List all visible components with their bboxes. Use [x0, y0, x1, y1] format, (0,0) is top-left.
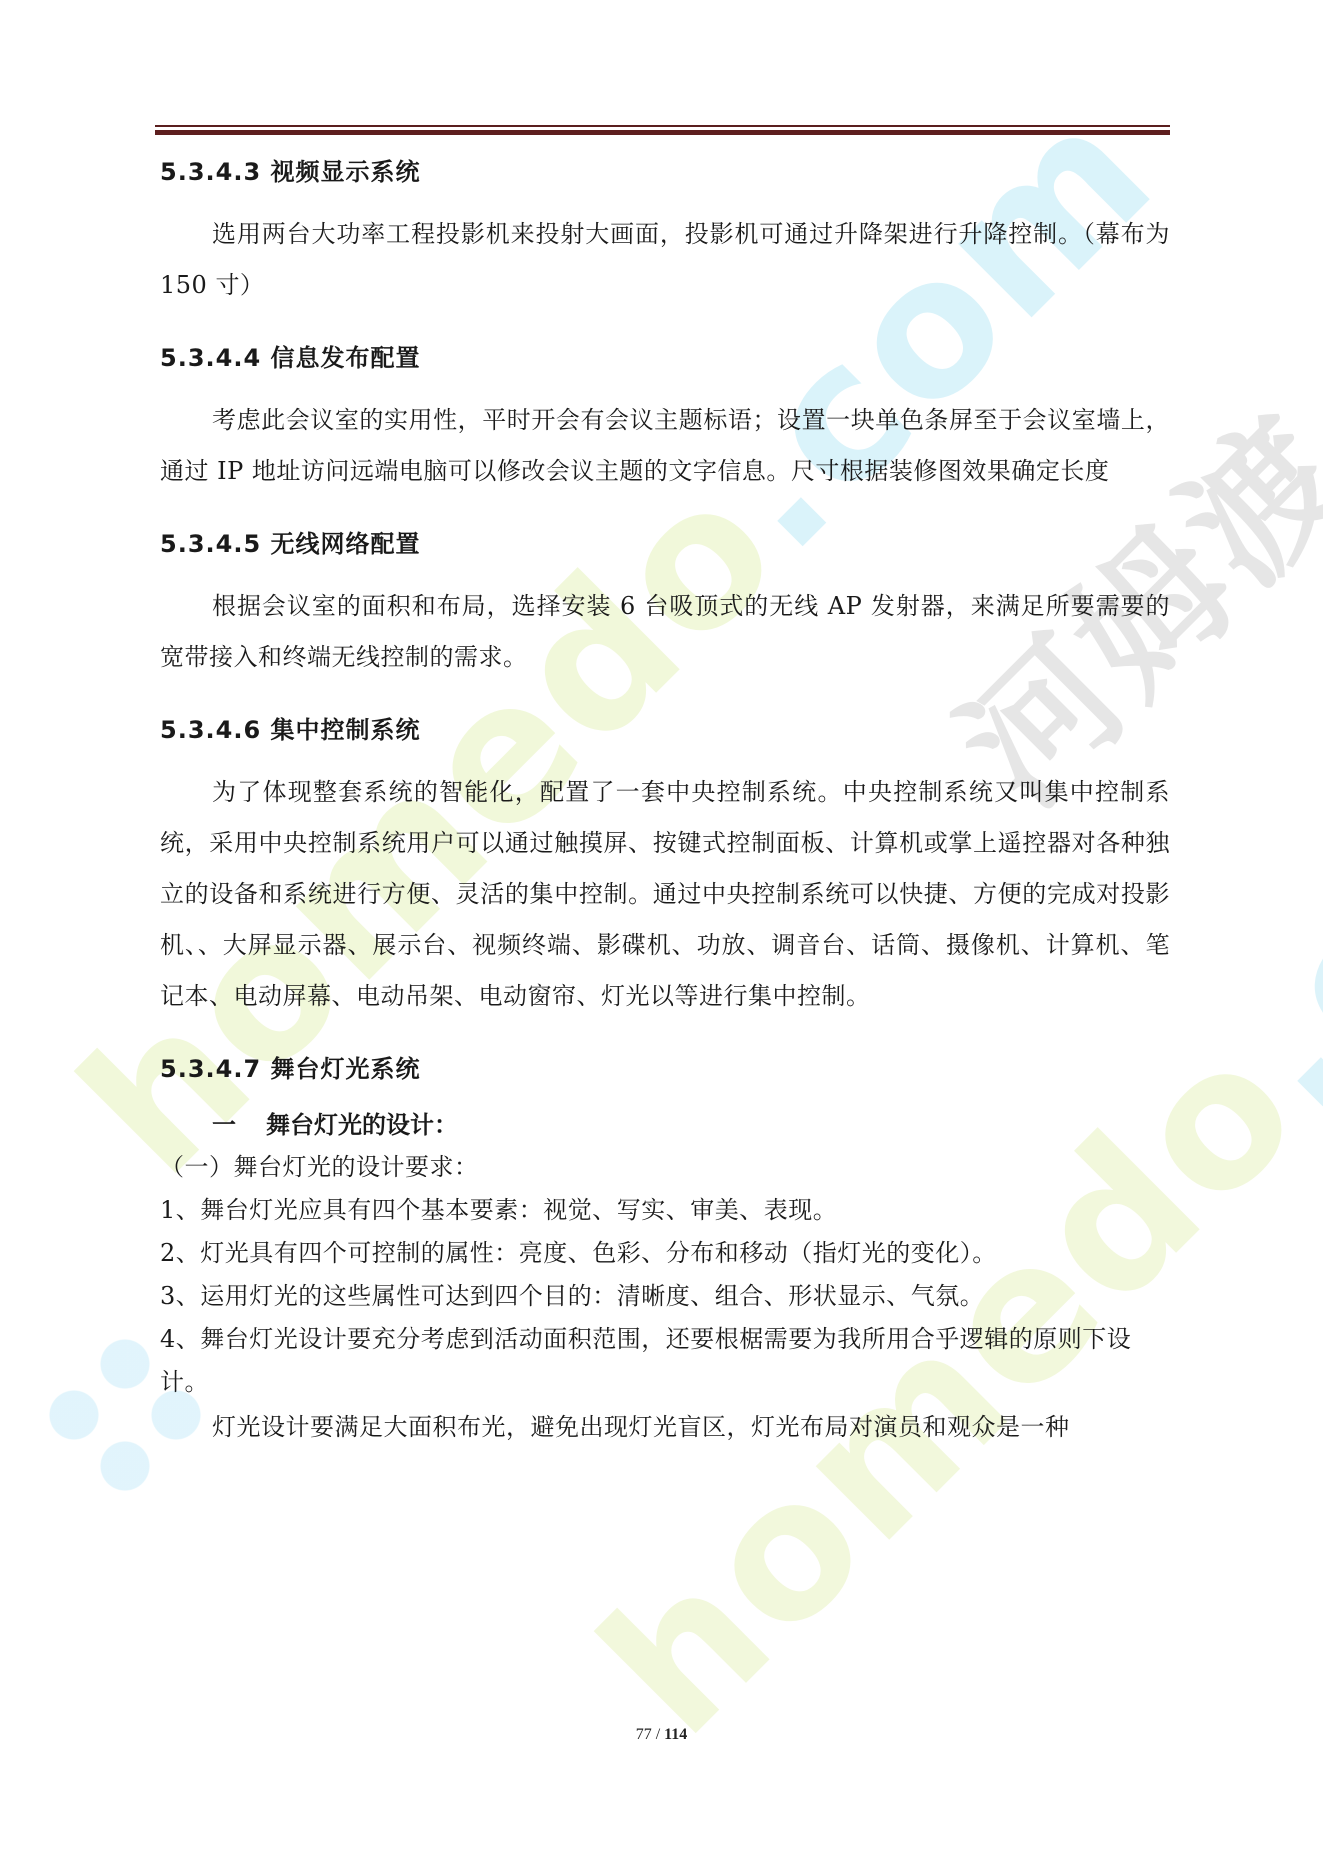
current-page: 77 [636, 1726, 652, 1743]
section-central-control: 5.3.4.6 集中控制系统 为了体现整套系统的智能化，配置了一套中央控制系统。… [160, 713, 1170, 1022]
section-heading: 5.3.4.6 集中控制系统 [160, 713, 1170, 747]
subsection-title: 舞台灯光的设计： [266, 1111, 458, 1139]
section-video-display: 5.3.4.3 视频显示系统 选用两台大功率工程投影机来投射大画面，投影机可通过… [160, 155, 1170, 311]
section-heading: 5.3.4.5 无线网络配置 [160, 527, 1170, 561]
requirement-item: 2、灯光具有四个可控制的属性：亮度、色彩、分布和移动（指灯光的变化）。 [160, 1232, 1170, 1275]
paragraph: 根据会议室的面积和布局，选择安装 6 台吸顶式的无线 AP 发射器，来满足所要需… [160, 581, 1170, 683]
section-heading: 5.3.4.3 视频显示系统 [160, 155, 1170, 189]
header-rule-thin [155, 125, 1170, 127]
section-wireless-network: 5.3.4.5 无线网络配置 根据会议室的面积和布局，选择安装 6 台吸顶式的无… [160, 527, 1170, 683]
section-info-release: 5.3.4.4 信息发布配置 考虑此会议室的实用性，平时开会有会议主题标语；设置… [160, 341, 1170, 497]
requirements-title: （一）舞台灯光的设计要求： [160, 1146, 1170, 1189]
paragraph: 为了体现整套系统的智能化，配置了一套中央控制系统。中央控制系统又叫集中控制系统，… [160, 767, 1170, 1022]
section-heading: 5.3.4.7 舞台灯光系统 [160, 1052, 1170, 1086]
page-separator: / [652, 1726, 664, 1743]
paragraph: 选用两台大功率工程投影机来投射大画面，投影机可通过升降架进行升降控制。（幕布为 … [160, 209, 1170, 311]
subsection-number: 一 [212, 1108, 266, 1142]
total-pages: 114 [664, 1726, 687, 1743]
requirement-item: 4、舞台灯光设计要充分考虑到活动面积范围，还要根椐需要为我所用合乎逻辑的原则下设… [160, 1318, 1170, 1404]
document-page: 5.3.4.3 视频显示系统 选用两台大功率工程投影机来投射大画面，投影机可通过… [0, 0, 1323, 1871]
page-number: 77 / 114 [0, 1726, 1323, 1744]
document-content: 5.3.4.3 视频显示系统 选用两台大功率工程投影机来投射大画面，投影机可通过… [160, 155, 1170, 1450]
header-rule-thick [155, 130, 1170, 135]
requirement-item: 1、舞台灯光应具有四个基本要素：视觉、写实、审美、表现。 [160, 1189, 1170, 1232]
section-heading: 5.3.4.4 信息发布配置 [160, 341, 1170, 375]
subsection-heading: 一舞台灯光的设计： [160, 1108, 1170, 1142]
paragraph: 灯光设计要满足大面积布光，避免出现灯光盲区，灯光布局对演员和观众是一种 [160, 1404, 1170, 1450]
section-stage-lighting: 5.3.4.7 舞台灯光系统 一舞台灯光的设计： （一）舞台灯光的设计要求： 1… [160, 1052, 1170, 1450]
header-rule [155, 125, 1170, 135]
paragraph: 考虑此会议室的实用性，平时开会有会议主题标语；设置一块单色条屏至于会议室墙上，通… [160, 395, 1170, 497]
requirement-item: 3、运用灯光的这些属性可达到四个目的：清晰度、组合、形状显示、气氛。 [160, 1275, 1170, 1318]
